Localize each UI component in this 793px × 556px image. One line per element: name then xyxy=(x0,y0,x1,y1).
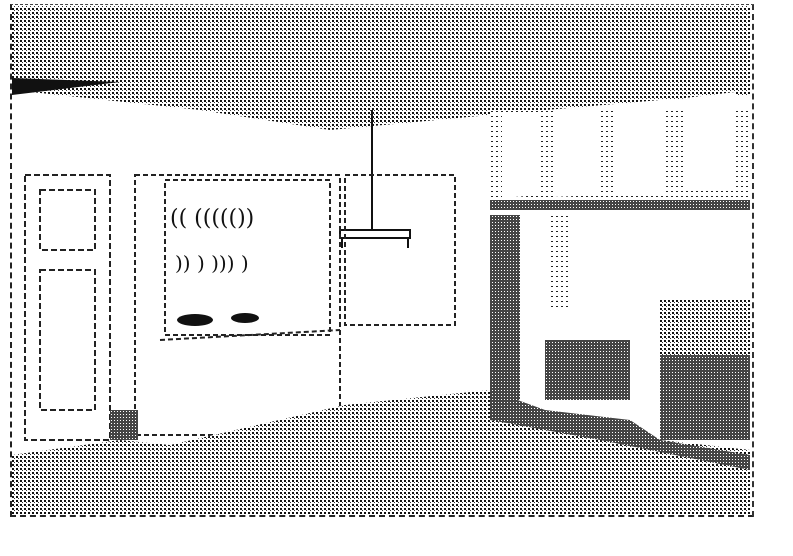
halftone-scene: (( ((((()) )) ) ))) ) xyxy=(0,0,793,556)
floor xyxy=(12,390,750,514)
wall-case xyxy=(345,175,455,325)
cabinet-items: (( ((((()) )) ) ))) ) xyxy=(170,206,259,326)
svg-text:)) ) ))) ): )) ) ))) ) xyxy=(175,251,249,275)
hanging-lamp xyxy=(340,110,410,248)
svg-text:(( ((((()): (( ((((()) xyxy=(170,206,254,231)
left-door xyxy=(25,175,110,440)
